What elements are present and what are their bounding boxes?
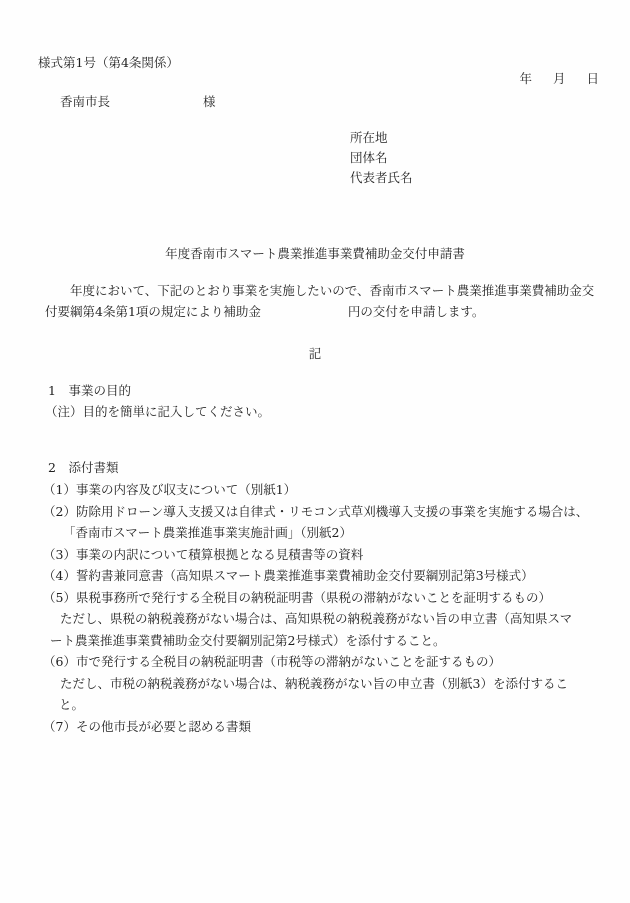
body-paragraph: 年度において、下記のとおり事業を実施したいので、香南市スマート農業推進事業費補助…	[45, 280, 590, 322]
attachment-item-5-line-3: ート農業推進事業費補助金交付要綱別記第2号様式）を添付すること。	[0, 630, 630, 652]
sender-address-label: 所在地	[350, 128, 413, 148]
attachment-item-2-line-2: 「香南市スマート農業推進事業実施計画」（別紙2）	[0, 522, 630, 544]
attachment-item-2-line-1: （2）防除用ドローン導入支援又は自律式・リモコン式草刈機導入支援の事業を実施する…	[0, 501, 630, 523]
date-year-label: 年	[519, 69, 532, 87]
attachment-list: （1）事業の内容及び収支について（別紙1） （2）防除用ドローン導入支援又は自律…	[0, 479, 630, 737]
date-line: 年 月 日	[519, 69, 599, 87]
body-paragraph-line-1: 年度において、下記のとおり事業を実施したいので、香南市スマート農業推進事業費補助…	[45, 280, 590, 301]
ki-heading: 記	[0, 344, 630, 362]
section-1-note: （注）目的を簡単に記入してください。	[45, 402, 270, 420]
addressee-honorific: 様	[203, 94, 216, 109]
attachment-item-5-line-2: ただし、県税の納税義務がない場合は、高知県税の納税義務がない旨の申立書（高知県ス…	[0, 608, 630, 630]
date-month-label: 月	[553, 69, 566, 87]
addressee-title: 香南市長	[60, 94, 110, 109]
date-day-label: 日	[586, 69, 599, 87]
section-1-heading: 1 事業の目的	[48, 381, 131, 399]
section-2-heading: 2 添付書類	[48, 458, 118, 476]
body-line2-before-blank: 付要綱第4条第1項の規定により補助金	[45, 304, 261, 319]
body-line2-after-blank: 円の交付を申請します。	[348, 304, 485, 319]
sender-block: 所在地 団体名 代表者氏名	[350, 128, 413, 188]
attachment-item-7: （7）その他市長が必要と認める書類	[0, 716, 630, 738]
form-number: 様式第1号（第4条関係）	[38, 53, 179, 71]
sender-organization-label: 団体名	[350, 148, 413, 168]
sender-representative-label: 代表者氏名	[350, 168, 413, 188]
page-title: 年度香南市スマート農業推進事業費補助金交付申請書	[0, 244, 630, 262]
addressee-line: 香南市長様	[60, 92, 216, 110]
body-paragraph-line-2: 付要綱第4条第1項の規定により補助金円の交付を申請します。	[45, 301, 590, 322]
document-page: 様式第1号（第4条関係） 年 月 日 香南市長様 所在地 団体名 代表者氏名 年…	[0, 0, 630, 903]
attachment-item-5-line-1: （5）県税事務所で発行する全税目の納税証明書（県税の滞納がないことを証明するもの…	[0, 587, 630, 609]
attachment-item-3: （3）事業の内訳について積算根拠となる見積書等の資料	[0, 544, 630, 566]
attachment-item-6-line-3: と。	[0, 694, 630, 716]
attachment-item-6-line-2: ただし、市税の納税義務がない場合は、納税義務がない旨の申立書（別紙3）を添付する…	[0, 673, 630, 695]
attachment-item-1: （1）事業の内容及び収支について（別紙1）	[0, 479, 630, 501]
attachment-item-4: （4）誓約書兼同意書（高知県スマート農業推進事業費補助金交付要綱別記第3号様式）	[0, 565, 630, 587]
attachment-item-6-line-1: （6）市で発行する全税目の納税証明書（市税等の滞納がないことを証するもの）	[0, 651, 630, 673]
